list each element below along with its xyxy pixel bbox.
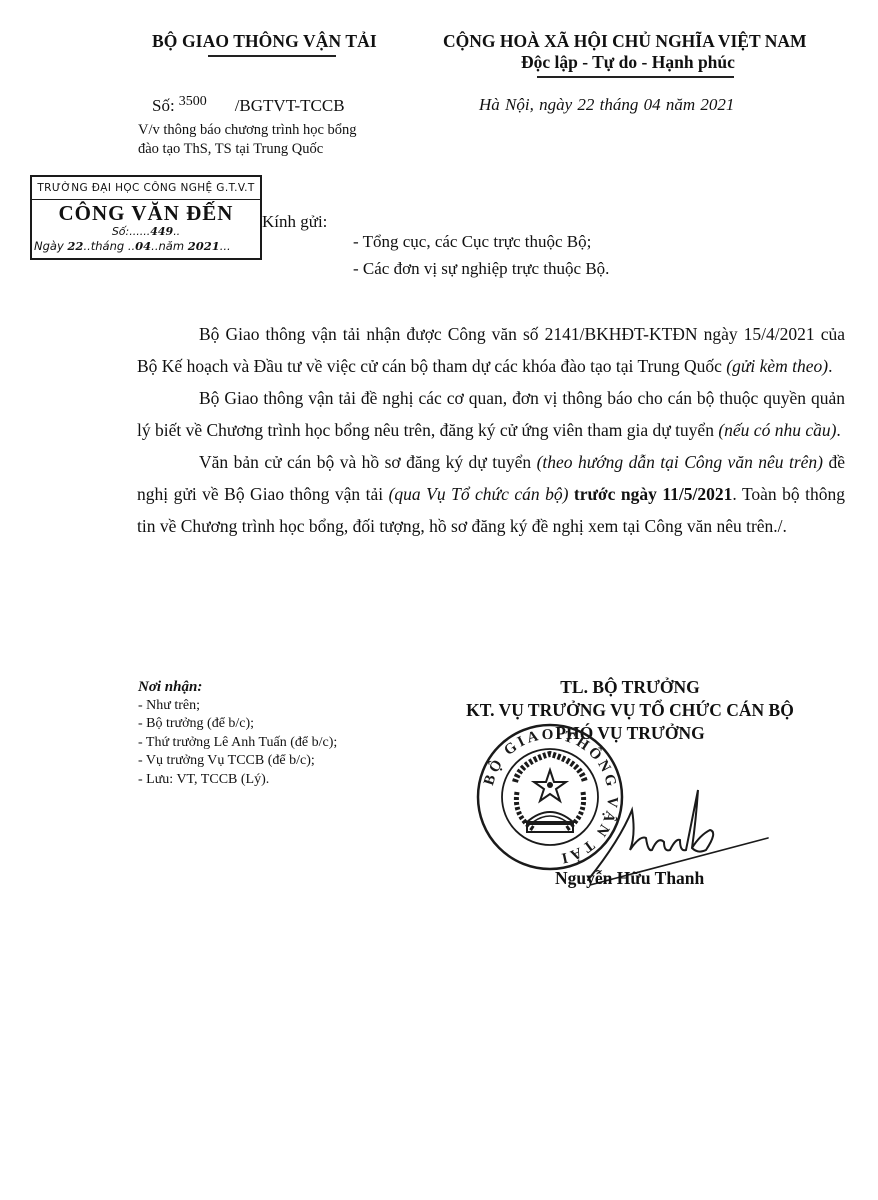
distribution-item: - Thứ trưởng Lê Anh Tuấn (để b/c); bbox=[138, 734, 337, 753]
document-subject: V/v thông báo chương trình học bổng đào … bbox=[138, 121, 428, 159]
stamp-number-value: 449 bbox=[150, 225, 173, 238]
stamp-day-label: Ngày bbox=[34, 239, 67, 253]
stamp-month-label: ..tháng .. bbox=[83, 239, 135, 253]
body-paragraph-3: Văn bản cử cán bộ và hồ sơ đăng ký dự tu… bbox=[137, 446, 845, 542]
body-paragraph-2: Bộ Giao thông vận tải đề nghị các cơ qua… bbox=[137, 382, 845, 446]
stamp-year-label: ..năm bbox=[151, 239, 188, 253]
recipient-item: - Các đơn vị sự nghiệp trực thuộc Bộ. bbox=[353, 255, 609, 282]
stamp-year-value: 2021 bbox=[188, 239, 220, 253]
subject-line: V/v thông báo chương trình học bổng bbox=[138, 121, 428, 140]
ministry-underline bbox=[208, 55, 336, 57]
document-number-label: Số: bbox=[152, 96, 175, 115]
distribution-item: - Bộ trưởng (để b/c); bbox=[138, 715, 337, 734]
recipients-label: Kính gửi: bbox=[262, 212, 327, 232]
stamp-date: Ngày 22..tháng ..04..năm 2021... bbox=[34, 239, 262, 253]
stamp-number-tail: .. bbox=[173, 225, 180, 238]
ministry-name: BỘ GIAO THÔNG VẬN TẢI bbox=[152, 31, 377, 52]
distribution-label: Nơi nhận: bbox=[138, 678, 337, 697]
distribution-list: Nơi nhận: - Như trên; - Bộ trưởng (để b/… bbox=[138, 678, 337, 789]
distribution-item: - Như trên; bbox=[138, 697, 337, 716]
stamp-month-value: 04 bbox=[135, 239, 151, 253]
document-number-value: 3500 bbox=[179, 94, 207, 109]
recipients-list: - Tổng cục, các Cục trực thuộc Bộ; - Các… bbox=[353, 228, 609, 282]
recipient-item: - Tổng cục, các Cục trực thuộc Bộ; bbox=[353, 228, 609, 255]
subject-line: đào tạo ThS, TS tại Trung Quốc bbox=[138, 140, 428, 159]
stamp-year-tail: ... bbox=[220, 239, 231, 253]
document-number-suffix: /BGTVT-TCCB bbox=[235, 96, 345, 115]
signer-name: Nguyễn Hữu Thanh bbox=[555, 868, 704, 889]
stamp-institution: TRƯỜNG ĐẠI HỌC CÔNG NGHỆ G.T.V.T bbox=[32, 177, 260, 200]
stamp-day-value: 22 bbox=[67, 239, 83, 253]
national-motto: Độc lập - Tự do - Hạnh phúc bbox=[521, 52, 735, 73]
distribution-item: - Vụ trưởng Vụ TCCB (để b/c); bbox=[138, 752, 337, 771]
deadline-text: trước ngày 11/5/2021 bbox=[568, 484, 732, 504]
body-text: . bbox=[836, 420, 840, 440]
stamp-title: CÔNG VĂN ĐẾN bbox=[32, 201, 260, 226]
received-stamp: TRƯỜNG ĐẠI HỌC CÔNG NGHỆ G.T.V.T CÔNG VĂ… bbox=[30, 175, 262, 260]
signature-title-1: TL. BỘ TRƯỞNG bbox=[410, 676, 850, 699]
body-italic: (nếu có nhu cầu) bbox=[718, 420, 836, 440]
document-number: Số:3500/BGTVT-TCCB bbox=[152, 96, 345, 116]
national-title: CỘNG HOÀ XÃ HỘI CHỦ NGHĨA VIỆT NAM bbox=[443, 31, 806, 52]
distribution-item: - Lưu: VT, TCCB (Lý). bbox=[138, 771, 337, 790]
place-date: Hà Nội, ngày 22 tháng 04 năm 2021 bbox=[479, 95, 734, 115]
motto-underline bbox=[537, 76, 734, 78]
body-italic: (gửi kèm theo) bbox=[726, 356, 828, 376]
signature-title-2: KT. VỤ TRƯỞNG VỤ TỔ CHỨC CÁN BỘ bbox=[410, 699, 850, 722]
body-text: Văn bản cử cán bộ và hồ sơ đăng ký dự tu… bbox=[199, 452, 537, 472]
document-body: Bộ Giao thông vận tải nhận được Công văn… bbox=[137, 318, 845, 542]
body-paragraph-1: Bộ Giao thông vận tải nhận được Công văn… bbox=[137, 318, 845, 382]
body-text: . bbox=[828, 356, 832, 376]
body-italic: (theo hướng dẫn tại Công văn nêu trên) bbox=[537, 452, 823, 472]
stamp-number: Số:......449.. bbox=[32, 225, 260, 238]
body-italic: (qua Vụ Tổ chức cán bộ) bbox=[389, 484, 569, 504]
stamp-number-label: Số:...... bbox=[112, 225, 150, 238]
